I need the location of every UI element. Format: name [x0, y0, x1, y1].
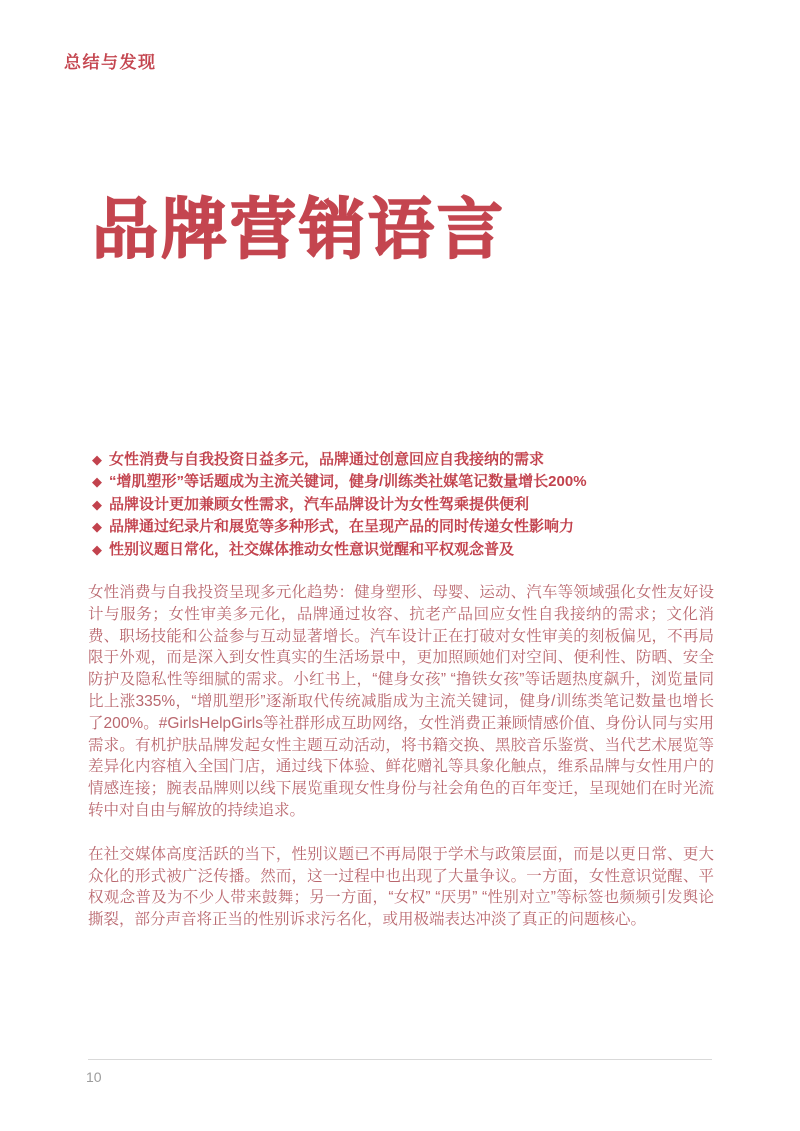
diamond-bullet-icon: ◆ — [92, 539, 102, 561]
report-page: 总结与发现 品牌营销语言 ◆ 女性消费与自我投资日益多元，品牌通过创意回应自我接… — [0, 0, 800, 1131]
body-paragraph-1: 女性消费与自我投资呈现多元化趋势：健身塑形、母婴、运动、汽车等领域强化女性友好设… — [88, 582, 714, 822]
list-item: ◆ 品牌通过纪录片和展览等多种形式，在呈现产品的同时传递女性影响力 — [92, 516, 724, 538]
diamond-bullet-icon: ◆ — [92, 516, 102, 538]
list-item-text: 女性消费与自我投资日益多元，品牌通过创意回应自我接纳的需求 — [109, 449, 544, 471]
page-title: 品牌营销语言 — [92, 192, 506, 268]
list-item: ◆ 性别议题日常化，社交媒体推动女性意识觉醒和平权观念普及 — [92, 539, 724, 561]
diamond-bullet-icon: ◆ — [92, 449, 102, 471]
footer-divider — [88, 1059, 712, 1060]
list-item-text: 品牌通过纪录片和展览等多种形式，在呈现产品的同时传递女性影响力 — [109, 516, 574, 538]
list-item-text: “增肌塑形”等话题成为主流关键词，健身/训练类社媒笔记数量增长200% — [109, 471, 587, 493]
key-findings-list: ◆ 女性消费与自我投资日益多元，品牌通过创意回应自我接纳的需求 ◆ “增肌塑形”… — [92, 449, 724, 561]
list-item-text: 品牌设计更加兼顾女性需求，汽车品牌设计为女性驾乘提供便利 — [109, 494, 529, 516]
list-item-text: 性别议题日常化，社交媒体推动女性意识觉醒和平权观念普及 — [109, 539, 514, 561]
body-paragraph-2: 在社交媒体高度活跃的当下，性别议题已不再局限于学术与政策层面，而是以更日常、更大… — [88, 844, 714, 931]
diamond-bullet-icon: ◆ — [92, 471, 102, 493]
page-number: 10 — [86, 1069, 102, 1085]
body-text: 女性消费与自我投资呈现多元化趋势：健身塑形、母婴、运动、汽车等领域强化女性友好设… — [88, 582, 714, 931]
list-item: ◆ “增肌塑形”等话题成为主流关键词，健身/训练类社媒笔记数量增长200% — [92, 471, 724, 493]
diamond-bullet-icon: ◆ — [92, 494, 102, 516]
list-item: ◆ 女性消费与自我投资日益多元，品牌通过创意回应自我接纳的需求 — [92, 449, 724, 471]
section-kicker: 总结与发现 — [64, 48, 157, 73]
list-item: ◆ 品牌设计更加兼顾女性需求，汽车品牌设计为女性驾乘提供便利 — [92, 494, 724, 516]
